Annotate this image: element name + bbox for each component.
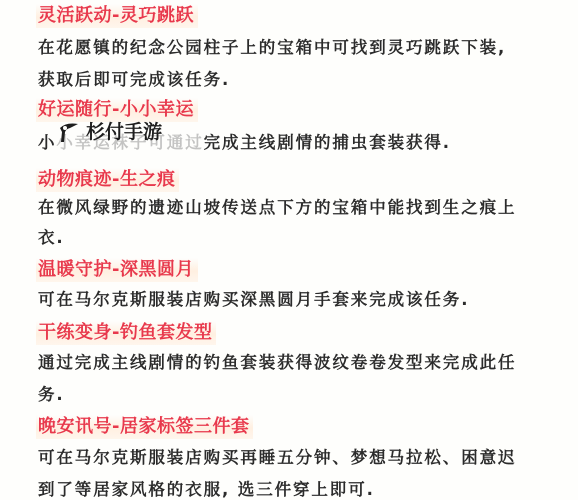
document: 灵活跃动-灵巧跳跃 在花愿镇的纪念公园柱子上的宝箱中可找到灵巧跳跃下装, 获取后… (0, 0, 578, 500)
section-title: 温暖守护-深黑圆月 (36, 258, 198, 282)
section-body-line: 在花愿镇的纪念公园柱子上的宝箱中可找到灵巧跳跃下装, (38, 37, 506, 59)
section-title: 晚安讯号-居家标签三件套 (36, 415, 253, 439)
section-body-line: 务. (38, 384, 65, 406)
section-body-line: 可在马尔克斯服装店购买深黑圆月手套来完成该任务. (38, 289, 469, 311)
watermark: 杉付手游 (56, 117, 162, 144)
section-body-line: 通过完成主线剧情的钓鱼套装获得波纹卷卷发型来完成此任 (38, 352, 516, 374)
section-body-line: 到了等居家风格的衣服, 选三件穿上即可. (38, 479, 375, 500)
section-body-line: 在微风绿野的遗迹山坡传送点下方的宝箱中能找到生之痕上 (38, 197, 516, 219)
section-title: 干练变身-钓鱼套发型 (36, 321, 216, 345)
section-body-line: 可在马尔克斯服装店购买再睡五分钟、梦想马拉松、困意迟 (38, 447, 516, 469)
brand-logo-icon (56, 118, 82, 144)
section-title: 动物痕迹-生之痕 (36, 168, 179, 192)
section-body-line: 衣. (38, 227, 65, 249)
section-title: 灵活跃动-灵巧跳跃 (36, 4, 198, 28)
section-body-line: 获取后即可完成该任务. (38, 69, 230, 91)
watermark-text: 杉付手游 (86, 117, 162, 144)
